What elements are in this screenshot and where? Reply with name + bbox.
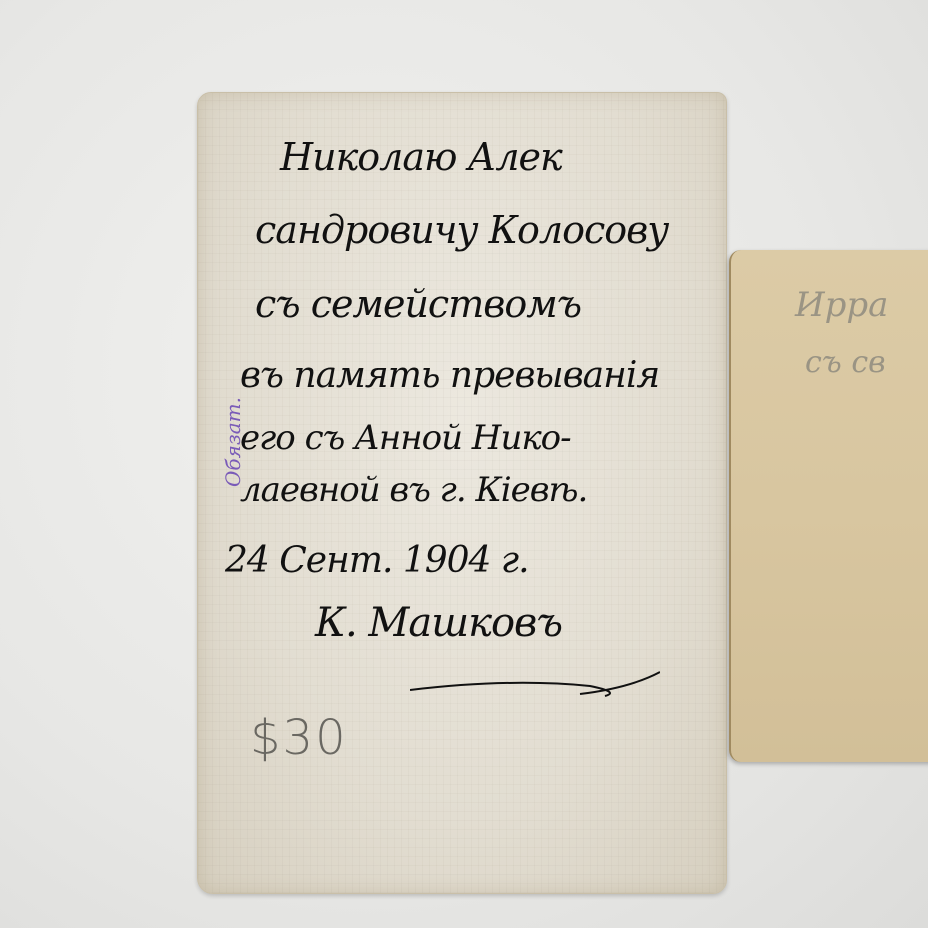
handwriting-line-1: Николаю Алек bbox=[280, 135, 562, 179]
handwriting-signature: К. Машковъ bbox=[315, 600, 562, 646]
handwriting-line-6: лаевной въ г. Кіевѣ. bbox=[240, 470, 587, 510]
handwriting-line-5: его съ Анной Нико- bbox=[240, 418, 571, 458]
signature-flourish bbox=[410, 660, 660, 700]
handwriting-line-3: съ семействомъ bbox=[255, 282, 581, 326]
handwriting-date: 24 Сент. 1904 г. bbox=[225, 540, 529, 581]
handwriting-line-2: сандровичу Колосову bbox=[255, 208, 668, 252]
pencil-price: $30 bbox=[250, 710, 348, 766]
purple-stamp: Обязат. bbox=[221, 397, 245, 487]
side-card-pencil-line-1: Ирра bbox=[795, 285, 888, 325]
side-card bbox=[729, 250, 928, 762]
side-card-pencil-line-2: съ св bbox=[805, 345, 886, 380]
handwriting-line-4: въ память превыванія bbox=[240, 355, 659, 396]
